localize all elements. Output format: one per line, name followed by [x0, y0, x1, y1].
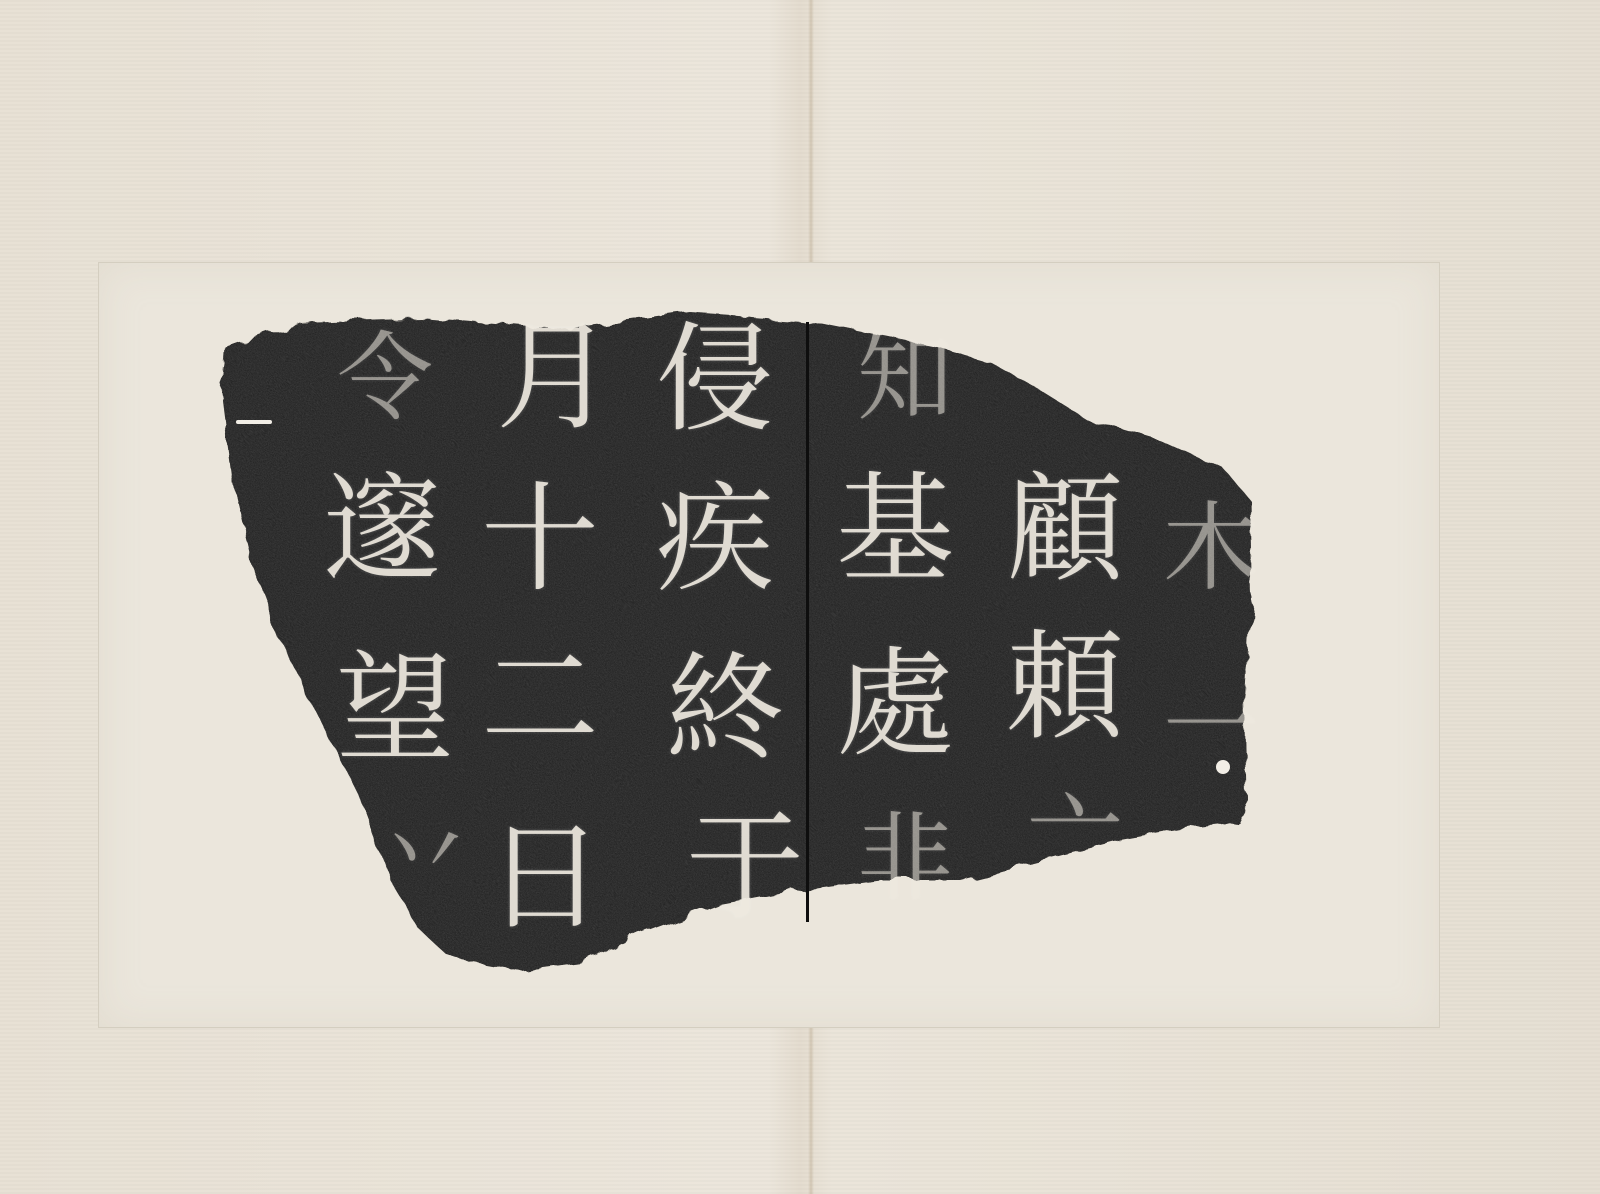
character: 十 — [475, 480, 605, 598]
character: 終 — [660, 650, 790, 768]
character: 望 — [330, 650, 460, 768]
character: 丷 — [360, 805, 490, 901]
character: 二 — [475, 640, 605, 758]
character: 木 — [1146, 500, 1276, 596]
character: 頼 — [1000, 628, 1130, 746]
character: 邃 — [318, 470, 448, 588]
character: 知 — [840, 330, 970, 426]
character: 疾 — [650, 480, 780, 598]
character: 亠 — [1010, 790, 1140, 886]
character: 基 — [830, 470, 960, 588]
character: 處 — [830, 645, 960, 763]
character: 月 — [490, 318, 620, 436]
character: 顧 — [1000, 470, 1130, 588]
stone-pit-mark — [1216, 760, 1230, 774]
character: 日 — [480, 818, 610, 936]
character: 于 — [680, 808, 810, 926]
ink-rubbing-fragment: 木 一 顧 頼 亠 知 基 處 非 侵 疾 終 于 月 十 二 日 令 邃 望 … — [0, 0, 1600, 1194]
character: 令 — [320, 330, 450, 426]
character: 非 — [840, 810, 970, 906]
stone-scratch-mark — [236, 420, 272, 424]
character: 一 — [1146, 680, 1276, 776]
ink-ground-shape — [0, 0, 1600, 1194]
character: 侵 — [650, 320, 780, 438]
